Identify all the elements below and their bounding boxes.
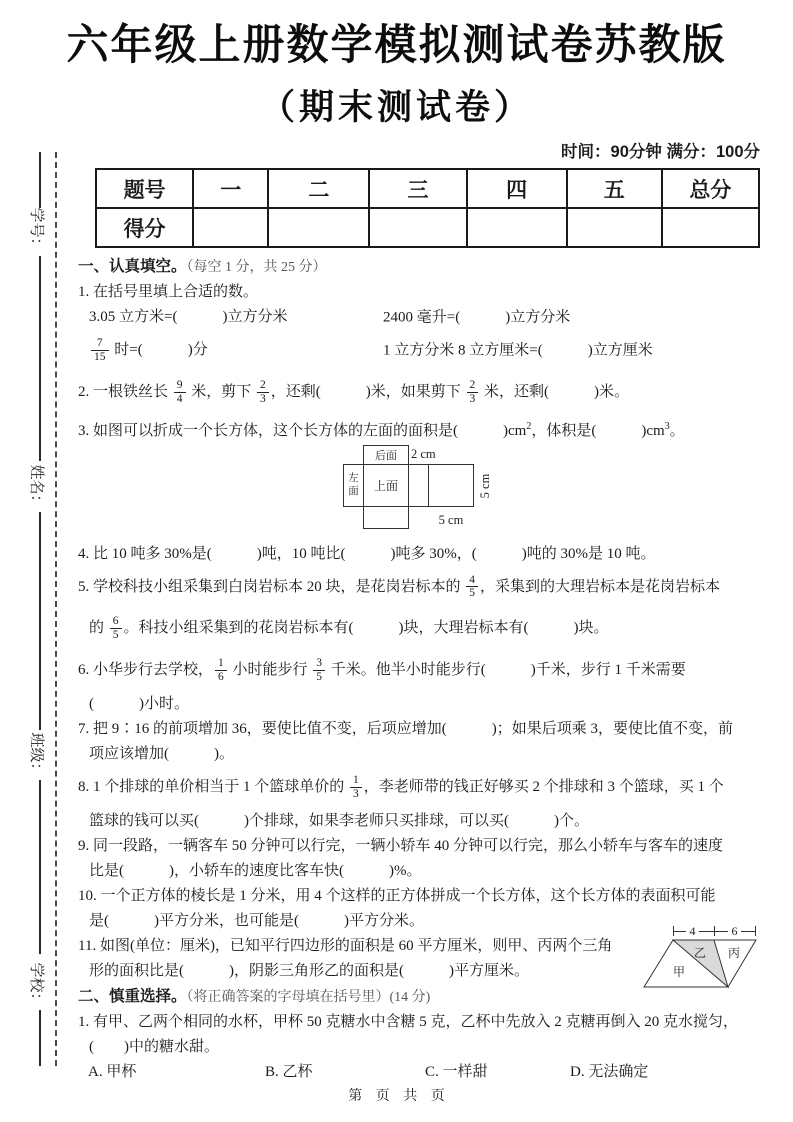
score-table-col: 二	[268, 169, 369, 208]
exam-page: { "header": { "title": "六年级上册数学模拟测试卷苏教版"…	[0, 0, 793, 1122]
section-heading-main: 一、认真填空。	[78, 258, 187, 275]
score-table-col: 总分	[662, 169, 759, 208]
fraction: 65	[110, 615, 122, 642]
section-heading-note: （将正确答案的字母填在括号里）(14 分)	[187, 990, 431, 1005]
choice-options: A. 甲杯B. 乙杯C. 一样甜D. 无法确定	[78, 1061, 765, 1084]
fraction-numerator: 9	[174, 379, 186, 392]
pgram-bing-label: 丙	[728, 946, 740, 960]
fraction-numerator: 2	[257, 379, 269, 392]
net-left-label-char: 左	[348, 471, 359, 484]
fraction-denominator: 6	[215, 670, 227, 684]
net-diagram-block: 后面 左 面 上面 2 cm 5 cm 5 cm	[343, 445, 765, 541]
score-table-col: 三	[369, 169, 466, 208]
section-heading-main: 二、慎重选择。	[78, 988, 187, 1005]
score-table-col: 五	[567, 169, 662, 208]
question-line: 比是( )，小轿车的速度比客车快( )%。	[78, 860, 765, 883]
fraction-numerator: 1	[350, 774, 362, 787]
question-line: 8. 1 个排球的单价相当于 1 个篮球单价的 13，李老师带的钱正好够买 2 …	[78, 768, 765, 808]
fraction: 16	[215, 657, 227, 684]
net-left-label-char: 面	[348, 485, 359, 497]
fold-dashed-line	[55, 152, 57, 1066]
net-dim-right: 5 cm	[478, 473, 492, 498]
superscript: 2	[526, 421, 531, 432]
net-back-label: 后面	[375, 449, 397, 462]
pgram-seg-left: 4	[690, 924, 696, 938]
fraction: 45	[466, 574, 478, 601]
rail-line-segment	[39, 1010, 41, 1066]
section-heading: 一、认真填空。（每空 1 分，共 25 分）	[78, 255, 765, 279]
class-label: 班级：	[32, 723, 48, 787]
right-part: 2400 毫升=( )立方分米	[383, 306, 570, 329]
score-cell	[567, 208, 662, 247]
question-line: ( )中的糖水甜。	[78, 1036, 765, 1059]
fraction-denominator: 3	[257, 392, 269, 406]
score-table-col: 一	[193, 169, 268, 208]
fraction-denominator: 4	[174, 392, 186, 406]
superscript: 3	[665, 421, 670, 432]
net-dim-top: 2 cm	[411, 447, 436, 461]
section-heading-note: （每空 1 分，共 25 分）	[187, 260, 327, 275]
question-body: 一、认真填空。（每空 1 分，共 25 分）1. 在括号里填上合适的数。3.05…	[78, 255, 765, 1084]
box-net-diagram: 后面 左 面 上面 2 cm 5 cm 5 cm	[343, 445, 503, 539]
pgram-jia-label: 甲	[673, 965, 685, 979]
right-part: 1 立方分米 8 立方厘米=( )立方厘米	[383, 339, 653, 362]
rail-line-segment	[39, 780, 41, 954]
fraction-denominator: 3	[467, 392, 479, 406]
fraction-denominator: 5	[110, 628, 122, 642]
question-line: 1. 有甲、乙两个相同的水杯，甲杯 50 克糖水中含糖 5 克，乙杯中先放入 2…	[78, 1011, 765, 1034]
fraction-numerator: 4	[466, 574, 478, 587]
question-line: 3. 如图可以折成一个长方体，这个长方体的左面的面积是( )cm2，体积是( )…	[78, 415, 765, 443]
fraction: 13	[350, 774, 362, 801]
fraction-numerator: 2	[467, 379, 479, 392]
page-title: 六年级上册数学模拟测试卷苏教版	[0, 20, 793, 70]
option-item: A. 甲杯	[88, 1061, 265, 1084]
score-cell	[662, 208, 759, 247]
fraction: 23	[467, 379, 479, 406]
parallelogram-diagram: 4 6 乙 丙 甲	[639, 921, 769, 1001]
fraction-denominator: 5	[466, 586, 478, 600]
question-line: 6. 小华步行去学校，16 小时能步行 35 千米。他半小时能步行( )千米，步…	[78, 651, 765, 691]
question-line: 10. 一个正方体的棱长是 1 分米，用 4 个这样的正方体拼成一个长方体，这个…	[78, 885, 765, 908]
question-line: 1. 在括号里填上合适的数。	[78, 281, 765, 304]
rail-line-segment	[39, 256, 41, 461]
fraction-denominator: 15	[91, 350, 109, 364]
question-line: 7. 把 9∶16 的前项增加 36，要使比值不变，后项应增加( )；如果后项乘…	[78, 718, 765, 741]
fraction: 94	[174, 379, 186, 406]
question-line: 9. 同一段路，一辆客车 50 分钟可以行完，一辆小轿车 40 分钟可以行完，那…	[78, 835, 765, 858]
fraction-denominator: 5	[313, 670, 325, 684]
question-line: 篮球的钱可以买( )个排球，如果李老师只买排球，可以买( )个。	[78, 810, 765, 833]
page-subtitle: （期末测试卷）	[0, 86, 793, 130]
score-cell	[268, 208, 369, 247]
option-item: B. 乙杯	[265, 1061, 425, 1084]
option-item: D. 无法确定	[570, 1061, 648, 1084]
fraction-numerator: 1	[215, 657, 227, 670]
student-id-label: 学号：	[32, 198, 48, 262]
fraction-numerator: 3	[313, 657, 325, 670]
pgram-yi-label: 乙	[694, 946, 706, 960]
question-line: ( )小时。	[78, 693, 765, 716]
question-line: 项应该增加( )。	[78, 743, 765, 766]
student-name-label: 姓名：	[32, 455, 48, 519]
exam-meta: 时间：90分钟 满分：100分	[0, 142, 760, 162]
question-line-two-col: 3.05 立方米=( )立方分米2400 毫升=( )立方分米	[78, 306, 765, 329]
score-table-header: 题号	[96, 169, 193, 208]
fraction-denominator: 3	[350, 787, 362, 801]
net-dim-bottom: 5 cm	[439, 513, 464, 527]
question-line: 4. 比 10 吨多 30%是( )吨，10 吨比( )吨多 30%，( )吨的…	[78, 543, 765, 566]
fraction-numerator: 6	[110, 615, 122, 628]
fraction: 23	[257, 379, 269, 406]
pgram-seg-right: 6	[732, 924, 738, 938]
score-table-col: 四	[467, 169, 567, 208]
score-cell	[467, 208, 567, 247]
question-line-two-col: 715 时=( )分1 立方分米 8 立方厘米=( )立方厘米	[78, 331, 765, 371]
left-part: 715 时=( )分	[78, 342, 208, 358]
option-item: C. 一样甜	[425, 1061, 570, 1084]
score-row-label: 得分	[96, 208, 193, 247]
school-label: 学校：	[32, 953, 48, 1017]
page-footer: 第 页 共 页	[0, 1085, 793, 1105]
question-line: 5. 学校科技小组采集到白岗岩标本 20 块，是花岗岩标本的 45，采集到的大理…	[78, 568, 765, 608]
fraction-numerator: 7	[91, 337, 109, 350]
score-cell	[193, 208, 268, 247]
score-cell	[369, 208, 466, 247]
score-table: 题号 一 二 三 四 五 总分 得分	[95, 168, 760, 248]
net-top-label: 上面	[374, 478, 398, 493]
fraction: 35	[313, 657, 325, 684]
question-with-diagram: 11. 如图(单位：厘米)，已知平行四边形的面积是 60 平方厘米，则甲、丙两个…	[78, 935, 765, 983]
rail-line-segment	[39, 512, 41, 730]
fraction: 715	[91, 337, 109, 364]
question-line: 的 65。科技小组采集到的花岗岩标本有( )块，大理岩标本有( )块。	[78, 609, 765, 649]
question-line: 2. 一根铁丝长 94 米，剪下 23，还剩( )米，如果剪下 23 米，还剩(…	[78, 373, 765, 413]
left-part: 3.05 立方米=( )立方分米	[78, 309, 287, 325]
